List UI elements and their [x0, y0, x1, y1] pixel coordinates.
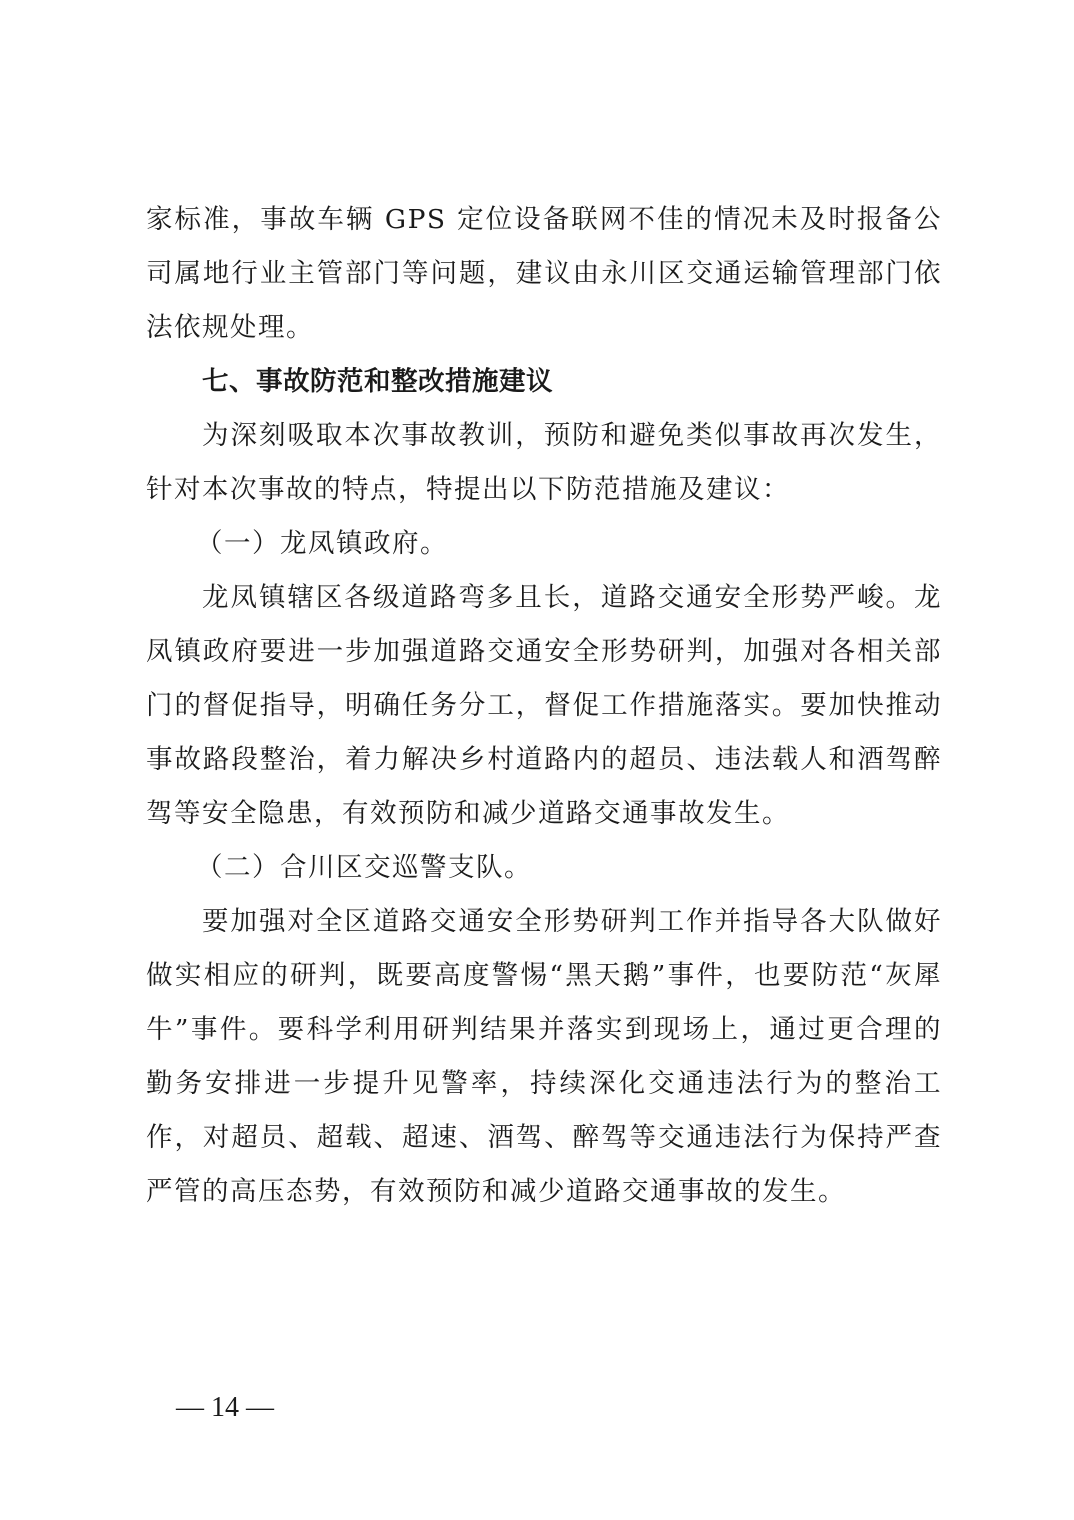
- subheading-longfeng-town-government: （一）龙凤镇政府。: [146, 517, 942, 571]
- paragraph-longfeng-town-government: 龙凤镇辖区各级道路弯多且长，道路交通安全形势严峻。龙凤镇政府要进一步加强道路交通…: [146, 571, 942, 841]
- subheading-hechuan-traffic-police: （二）合川区交巡警支队。: [146, 841, 942, 895]
- document-body: 家标准，事故车辆 GPS 定位设备联网不佳的情况未及时报备公司属地行业主管部门等…: [146, 193, 942, 1219]
- intro-paragraph: 为深刻吸取本次事故教训，预防和避免类似事故再次发生，针对本次事故的特点，特提出以…: [146, 409, 942, 517]
- continuation-paragraph: 家标准，事故车辆 GPS 定位设备联网不佳的情况未及时报备公司属地行业主管部门等…: [146, 193, 942, 355]
- page-number: — 14 —: [176, 1392, 274, 1424]
- section-heading-prevention-measures: 七、事故防范和整改措施建议: [146, 355, 942, 409]
- document-page: 家标准，事故车辆 GPS 定位设备联网不佳的情况未及时报备公司属地行业主管部门等…: [0, 0, 1074, 1520]
- paragraph-hechuan-traffic-police: 要加强对全区道路交通安全形势研判工作并指导各大队做好做实相应的研判，既要高度警惕…: [146, 895, 942, 1219]
